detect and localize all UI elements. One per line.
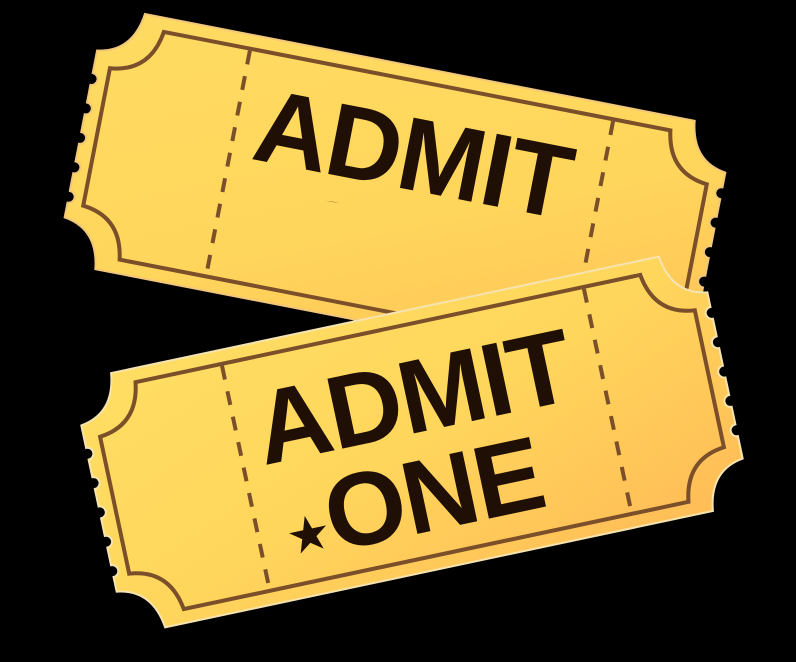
ticket-illustration: ADMIT ★ ONE ADMIT ★ — [0, 0, 796, 662]
star-icon: ★ — [285, 510, 331, 561]
